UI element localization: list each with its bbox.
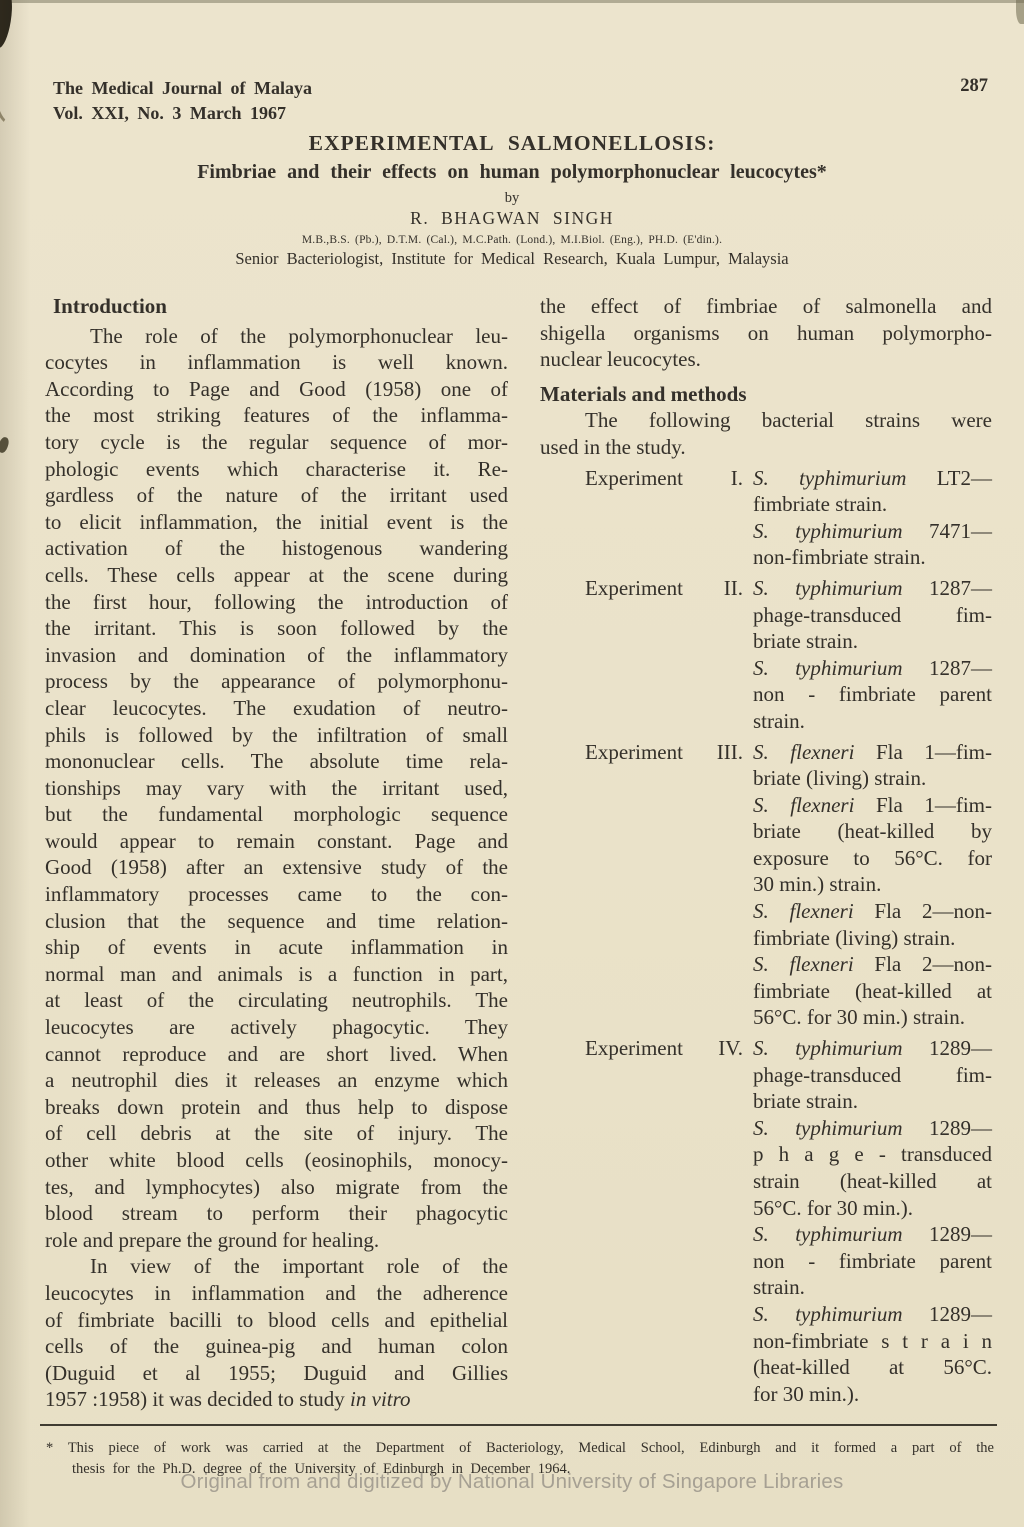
experiment-entry: ExperimentI.S. typhimurium LT2—fimbriate… — [540, 465, 992, 571]
text-line: the most striking features of the inflam… — [45, 402, 508, 429]
strain-description: S. typhimurium 1289—non-fimbriate s t r … — [753, 1301, 992, 1407]
text-line: S. typhimurium 1289— — [753, 1221, 992, 1248]
text-line: to elicit inflammation, the initial even… — [45, 509, 508, 536]
text-line: exposure to 56°C. for — [753, 845, 992, 872]
right-column: the effect of fimbriae of salmonella and… — [540, 293, 992, 1407]
article-title-block: EXPERIMENTAL SALMONELLOSIS: Fimbriae and… — [0, 131, 1024, 269]
text-line: briate strain. — [753, 628, 992, 655]
text-line: non - fimbriate parent — [753, 681, 992, 708]
text-line: S. typhimurium LT2— — [753, 465, 992, 492]
experiment-entry: ExperimentIV.S. typhimurium 1289—phage-t… — [540, 1035, 992, 1407]
text-line: cocytes in inflammation is well known. — [45, 349, 508, 376]
text-line: non-fimbriate strain. — [753, 544, 992, 571]
text-line: tes, and lymphocytes) also migrate from … — [45, 1174, 508, 1201]
text-line: p h a g e - transduced — [753, 1141, 992, 1168]
text-line: briate (heat-killed by — [753, 818, 992, 845]
text-line: would appear to remain constant. Page an… — [45, 828, 508, 855]
strain-description: S. flexneri Fla 1—fim-briate (heat-kille… — [753, 792, 992, 898]
text-line: process by the appearance of polymorphon… — [45, 668, 508, 695]
experiment-word: Experiment — [585, 739, 683, 1032]
strain-description: S. typhimurium LT2—fimbriate strain. — [753, 465, 992, 518]
text-line: breaks down protein and thus help to dis… — [45, 1094, 508, 1121]
text-line: In view of the important role of the — [45, 1253, 508, 1280]
text-line: clear leucocytes. The exudation of neutr… — [45, 695, 508, 722]
text-line: but the fundamental morphologic sequence — [45, 801, 508, 828]
text-line: S. typhimurium 1289— — [753, 1035, 992, 1062]
text-line: fimbriate (heat-killed at — [753, 978, 992, 1005]
strain-description: S. typhimurium 1287—non - fimbriate pare… — [753, 655, 992, 735]
text-line: gardless of the nature of the irritant u… — [45, 482, 508, 509]
text-line: the effect of fimbriae of salmonella and — [540, 293, 992, 320]
experiment-word: Experiment — [585, 1035, 683, 1407]
text-line: 56°C. for 30 min.) strain. — [753, 1004, 992, 1031]
text-line: inflammatory processes came to the con- — [45, 881, 508, 908]
text-line: strain. — [753, 708, 992, 735]
footnote-line: * This piece of work was carried at the … — [46, 1438, 994, 1459]
experiment-numeral: IV. — [718, 1035, 743, 1407]
strain-description: S. typhimurium 7471—non-fimbriate strain… — [753, 518, 992, 571]
text-line: nuclear leucocytes. — [540, 346, 992, 373]
text-line: fimbriate (living) strain. — [753, 925, 992, 952]
text-line: of fimbriate bacilli to blood cells and … — [45, 1307, 508, 1334]
text-line: phils is followed by the infiltration of… — [45, 722, 508, 749]
text-line: leucocytes are actively phagocytic. They — [45, 1014, 508, 1041]
experiment-strains: S. typhimurium LT2—fimbriate strain.S. t… — [753, 465, 992, 571]
text-line: mononuclear cells. The absolute time rel… — [45, 748, 508, 775]
text-line: strain. — [753, 1274, 992, 1301]
section-heading-introduction: Introduction — [53, 293, 508, 320]
text-line: 1957 :1958) it was decided to study in v… — [45, 1386, 508, 1413]
text-line: S. flexneri Fla 2—non- — [753, 898, 992, 925]
text-line: ship of events in acute inflammation in — [45, 934, 508, 961]
text-line: non - fimbriate parent — [753, 1248, 992, 1275]
strain-description: S. typhimurium 1289—phage-transduced fim… — [753, 1035, 992, 1115]
text-line: S. typhimurium 1289— — [753, 1301, 992, 1328]
text-line: non-fimbriate s t r a i n — [753, 1328, 992, 1355]
experiment-numeral: I. — [731, 465, 743, 571]
text-line: S. flexneri Fla 1—fim- — [753, 792, 992, 819]
scan-edge-artifact — [0, 0, 1024, 3]
text-line: strain (heat-killed at — [753, 1168, 992, 1195]
strain-description: S. flexneri Fla 2—non-fimbriate (living)… — [753, 898, 992, 951]
author-affiliation: Senior Bacteriologist, Institute for Med… — [0, 249, 1024, 269]
experiment-numeral: II. — [724, 575, 743, 735]
text-line: phage-transduced fim- — [753, 1062, 992, 1089]
byline: by — [0, 190, 1024, 207]
text-line: activation of the histogenous wandering — [45, 535, 508, 562]
text-line: the first hour, following the introducti… — [45, 589, 508, 616]
experiment-strains: S. flexneri Fla 1—fim-briate (living) st… — [753, 739, 992, 1032]
text-line: other white blood cells (eosinophils, mo… — [45, 1147, 508, 1174]
experiment-label: ExperimentIV. — [540, 1035, 753, 1407]
text-line: tory cycle is the regular sequence of mo… — [45, 429, 508, 456]
experiment-word: Experiment — [585, 465, 683, 571]
experiment-label: ExperimentII. — [540, 575, 753, 735]
strain-description: S. flexneri Fla 1—fim-briate (living) st… — [753, 739, 992, 792]
strain-description: S. typhimurium 1289—p h a g e - transduc… — [753, 1115, 992, 1221]
text-line: (heat-killed at 56°C. — [753, 1354, 992, 1381]
text-line: 56°C. for 30 min.). — [753, 1195, 992, 1222]
text-line: S. flexneri Fla 2—non- — [753, 951, 992, 978]
text-line: briate strain. — [753, 1088, 992, 1115]
text-line: fimbriate strain. — [753, 491, 992, 518]
scan-corner-artifact-right — [1016, 0, 1024, 24]
text-line: The role of the polymorphonuclear leu- — [45, 323, 508, 350]
text-line: for 30 min.). — [753, 1381, 992, 1408]
text-line: at least of the circulating neutrophils.… — [45, 987, 508, 1014]
materials-methods-text: The following bacterial strains wereused… — [540, 407, 992, 460]
text-line: of cell debris at the site of injury. Th… — [45, 1120, 508, 1147]
author-credentials: M.B.,B.S. (Pb.), D.T.M. (Cal.), M.C.Path… — [0, 234, 1024, 246]
text-line: cannot reproduce and are short lived. Wh… — [45, 1041, 508, 1068]
experiment-entry: ExperimentII.S. typhimurium 1287—phage-t… — [540, 575, 992, 735]
journal-title: The Medical Journal of Malaya — [53, 76, 312, 101]
experiment-list: ExperimentI.S. typhimurium LT2—fimbriate… — [540, 465, 992, 1408]
text-line: S. flexneri Fla 1—fim- — [753, 739, 992, 766]
introduction-continued-text: the effect of fimbriae of salmonella and… — [540, 293, 992, 373]
text-line: S. typhimurium 7471— — [753, 518, 992, 545]
footnote-divider — [40, 1424, 997, 1426]
section-heading-materials-methods: Materials and methods — [540, 381, 992, 408]
library-watermark: Original from and digitized by National … — [0, 1470, 1024, 1494]
page: The Medical Journal of Malaya Vol. XXI, … — [0, 0, 1024, 1527]
text-line: clusion that the sequence and time relat… — [45, 908, 508, 935]
text-line: tionships may vary with the irritant use… — [45, 775, 508, 802]
text-line: normal man and animals is a function in … — [45, 961, 508, 988]
text-line: role and prepare the ground for healing. — [45, 1227, 508, 1254]
left-column: Introduction The role of the polymorphon… — [45, 293, 508, 1413]
strain-description: S. flexneri Fla 2—non-fimbriate (heat-ki… — [753, 951, 992, 1031]
introduction-text: The role of the polymorphonuclear leu-co… — [45, 323, 508, 1413]
experiment-strains: S. typhimurium 1289—phage-transduced fim… — [753, 1035, 992, 1407]
text-line: The following bacterial strains were — [540, 407, 992, 434]
text-line: a neutrophil dies it releases an enzyme … — [45, 1067, 508, 1094]
text-line: briate (living) strain. — [753, 765, 992, 792]
author-name: R. BHAGWAN SINGH — [0, 208, 1024, 229]
page-number: 287 — [960, 76, 988, 97]
text-line: cells. These cells appear at the scene d… — [45, 562, 508, 589]
text-line: According to Page and Good (1958) one of — [45, 376, 508, 403]
journal-volume-date: Vol. XXI, No. 3 March 1967 — [53, 101, 312, 126]
text-line: invasion and domination of the inflammat… — [45, 642, 508, 669]
text-line: phologic events which characterise it. R… — [45, 456, 508, 483]
experiment-numeral: III. — [717, 739, 743, 1032]
experiment-label: ExperimentIII. — [540, 739, 753, 1032]
text-line: used in the study. — [540, 434, 992, 461]
text-line: (Duguid et al 1955; Duguid and Gillies — [45, 1360, 508, 1387]
experiment-entry: ExperimentIII.S. flexneri Fla 1—fim-bria… — [540, 739, 992, 1032]
experiment-word: Experiment — [585, 575, 683, 735]
experiment-strains: S. typhimurium 1287—phage-transduced fim… — [753, 575, 992, 735]
text-line: blood stream to perform their phagocytic — [45, 1200, 508, 1227]
experiment-label: ExperimentI. — [540, 465, 753, 571]
text-line: S. typhimurium 1289— — [753, 1115, 992, 1142]
text-line: leucocytes in inflammation and the adher… — [45, 1280, 508, 1307]
strain-description: S. typhimurium 1287—phage-transduced fim… — [753, 575, 992, 655]
text-line: S. typhimurium 1287— — [753, 655, 992, 682]
text-line: shigella organisms on human polymorpho- — [540, 320, 992, 347]
journal-header: The Medical Journal of Malaya Vol. XXI, … — [53, 76, 312, 125]
text-line: phage-transduced fim- — [753, 602, 992, 629]
text-line: the irritant. This is soon followed by t… — [45, 615, 508, 642]
text-line: 30 min.) strain. — [753, 871, 992, 898]
text-line: Good (1958) after an extensive study of … — [45, 854, 508, 881]
article-title: EXPERIMENTAL SALMONELLOSIS: — [0, 131, 1024, 156]
article-subtitle: Fimbriae and their effects on human poly… — [0, 161, 1024, 184]
text-line: S. typhimurium 1287— — [753, 575, 992, 602]
strain-description: S. typhimurium 1289—non - fimbriate pare… — [753, 1221, 992, 1301]
scanned-journal-page: { "header": { "journal_line1": "The Medi… — [0, 0, 1024, 1527]
text-line: cells of the guinea-pig and human colon — [45, 1333, 508, 1360]
